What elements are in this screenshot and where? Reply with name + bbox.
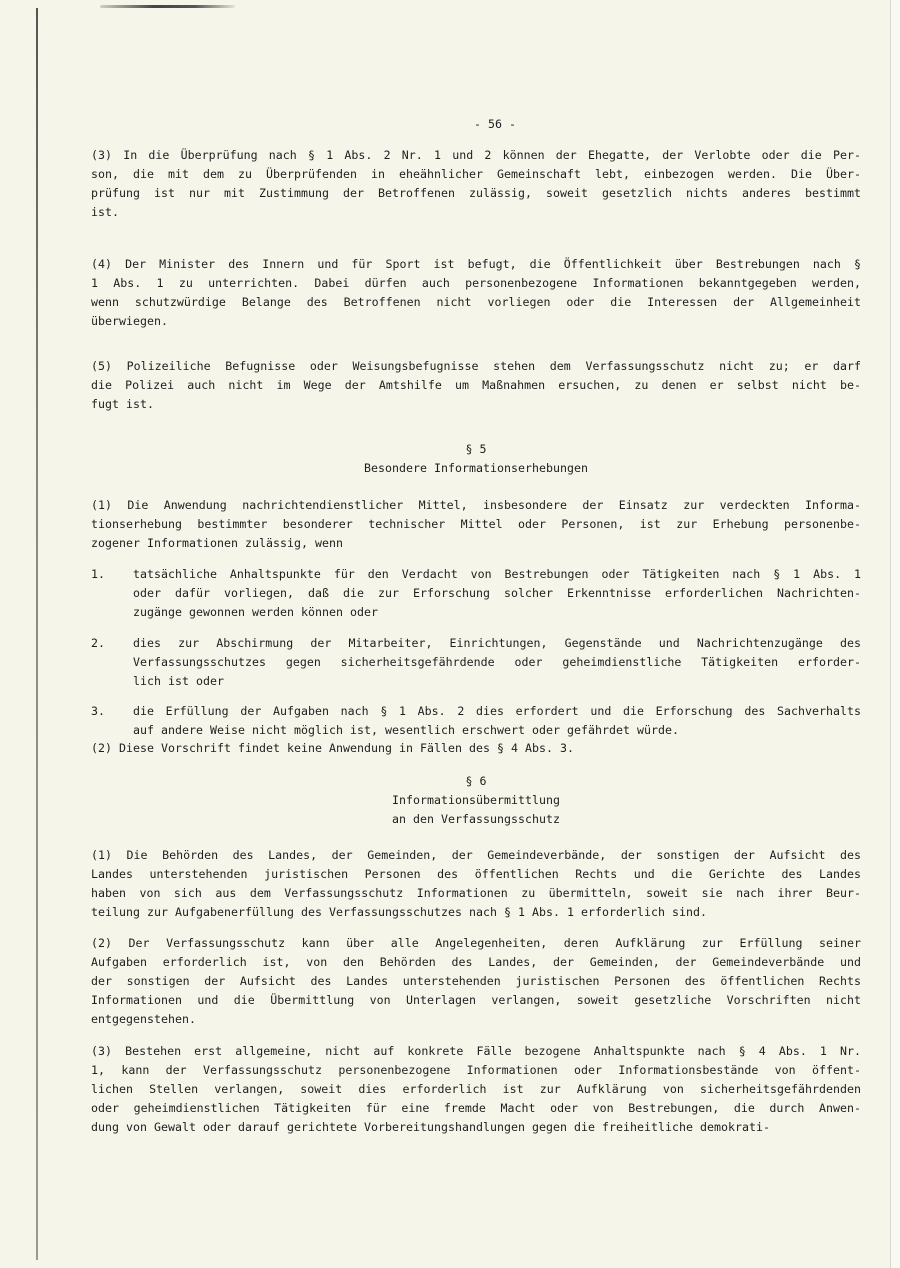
paragraph-6-3: (3) Bestehen erst allgemeine, nicht auf … (91, 1042, 861, 1137)
text-line: (1) Die Anwendung nachrichtendienstliche… (91, 496, 861, 515)
text-line: tionserhebung bestimmter besonderer tech… (91, 515, 861, 534)
text-line: dung von Gewalt oder darauf gerichtete V… (91, 1118, 861, 1137)
text-line: Aufgaben erforderlich ist, von den Behör… (91, 953, 861, 972)
text-line: haben von sich aus dem Verfassungsschutz… (91, 884, 861, 903)
text-line: Verfassungsschutzes gegen sicherheitsgef… (133, 653, 861, 672)
text-line: ist. (91, 203, 861, 222)
list-item-text: die Erfüllung der Aufgaben nach § 1 Abs.… (133, 702, 861, 740)
text-line: Informationen und die Übermittlung von U… (91, 991, 861, 1010)
list-item-text: dies zur Abschirmung der Mitarbeiter, Ei… (133, 634, 861, 691)
text-line: die Erfüllung der Aufgaben nach § 1 Abs.… (133, 702, 861, 721)
section-6-number: § 6 (91, 772, 861, 791)
list-item-number: 1. (91, 565, 105, 584)
list-item-number: 2. (91, 634, 105, 653)
text-line: auf andere Weise nicht möglich ist, wese… (133, 721, 861, 740)
text-line: lichen Stellen verlangen, soweit dies er… (91, 1080, 861, 1099)
text-line: lich ist oder (133, 672, 861, 691)
text-line: teilung zur Aufgabenerfüllung des Verfas… (91, 903, 861, 922)
list-item-text: tatsächliche Anhaltspunkte für den Verda… (133, 565, 861, 622)
text-line: (1) Die Behörden des Landes, der Gemeind… (91, 846, 861, 865)
text-line: prüfung ist nur mit Zustimmung der Betro… (91, 184, 861, 203)
text-line: Landes unterstehenden juristischen Perso… (91, 865, 861, 884)
text-line: (2) Diese Vorschrift findet keine Anwend… (91, 739, 861, 758)
page-number: - 56 - (110, 115, 880, 134)
text-line: 1 Abs. 1 zu unterrichten. Dabei dürfen a… (91, 274, 861, 293)
text-line: oder geheimdienstlichen Tätigkeiten für … (91, 1099, 861, 1118)
scan-top-mark (100, 5, 235, 8)
section-5-number: § 5 (91, 440, 861, 459)
text-line: son, die mit dem zu Überprüfenden in ehe… (91, 165, 861, 184)
text-line: oder dafür vorliegen, daß die zur Erfors… (133, 584, 861, 603)
text-line: tatsächliche Anhaltspunkte für den Verda… (133, 565, 861, 584)
paragraph-4-5: (5) Polizeiliche Befugnisse oder Weisung… (91, 357, 861, 414)
scan-right-margin (891, 0, 900, 1268)
text-line: (4) Der Minister des Innern und für Spor… (91, 255, 861, 274)
paragraph-5-1: (1) Die Anwendung nachrichtendienstliche… (91, 496, 861, 553)
section-6-title-line-2: an den Verfassungsschutz (91, 810, 861, 829)
paragraph-6-2: (2) Der Verfassungsschutz kann über alle… (91, 934, 861, 1029)
text-line: überwiegen. (91, 312, 861, 331)
text-line: (3) In die Überprüfung nach § 1 Abs. 2 N… (91, 146, 861, 165)
text-line: wenn schutzwürdige Belange des Betroffen… (91, 293, 861, 312)
section-5-title: Besondere Informationserhebungen (91, 459, 861, 478)
text-line: zugänge gewonnen werden können oder (133, 603, 861, 622)
list-item-number: 3. (91, 702, 105, 721)
text-line: (2) Der Verfassungsschutz kann über alle… (91, 934, 861, 953)
text-line: der sonstigen der Aufsicht des Landes un… (91, 972, 861, 991)
text-line: dies zur Abschirmung der Mitarbeiter, Ei… (133, 634, 861, 653)
text-line: zogener Informationen zulässig, wenn (91, 534, 861, 553)
paragraph-4-3: (3) In die Überprüfung nach § 1 Abs. 2 N… (91, 146, 861, 222)
paragraph-6-1: (1) Die Behörden des Landes, der Gemeind… (91, 846, 861, 922)
text-line: entgegenstehen. (91, 1010, 861, 1029)
section-6-title-line-1: Informationsübermittlung (91, 791, 861, 810)
scan-left-binding-edge (36, 8, 38, 1260)
text-line: fugt ist. (91, 395, 861, 414)
text-line: 1, kann der Verfassungsschutz personenbe… (91, 1061, 861, 1080)
paragraph-5-2: (2) Diese Vorschrift findet keine Anwend… (91, 739, 861, 758)
text-line: (3) Bestehen erst allgemeine, nicht auf … (91, 1042, 861, 1061)
text-line: die Polizei auch nicht im Wege der Amtsh… (91, 376, 861, 395)
paragraph-4-4: (4) Der Minister des Innern und für Spor… (91, 255, 861, 331)
text-line: (5) Polizeiliche Befugnisse oder Weisung… (91, 357, 861, 376)
